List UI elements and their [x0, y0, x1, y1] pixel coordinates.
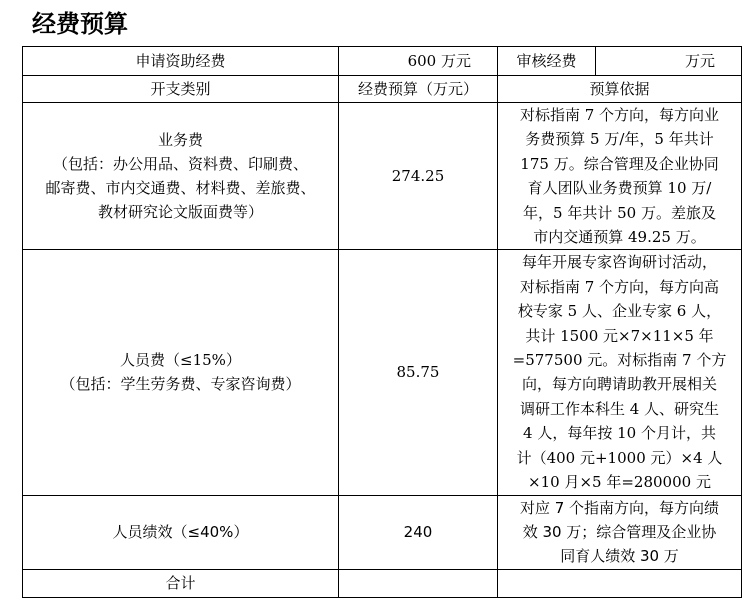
basis-line: 调研工作本科生 4 人、研究生: [504, 397, 735, 421]
basis-line: 4 人，每年按 10 个月计，共: [504, 421, 735, 445]
category-line: 教材研究论文版面费等）: [27, 200, 334, 224]
requested-funds-value: 600 万元: [339, 47, 498, 76]
requested-funds-label: 申请资助经费: [23, 47, 339, 76]
category-line: 邮寄费、市内交通费、材料费、差旅费、: [27, 176, 334, 200]
basis-line: 对标指南 7 个方向，每方向业: [504, 103, 735, 127]
basis-line: 对应 7 个指南方向，每方向绩: [504, 496, 735, 520]
table-row-total: 合计: [23, 569, 742, 597]
category-line: （包括：办公用品、资料费、印刷费、: [27, 152, 334, 176]
budget-cell: 274.25: [339, 103, 498, 250]
column-header-budget: 经费预算（万元）: [339, 76, 498, 103]
table-row-performance-pay: 人员绩效（≤40%） 240 对应 7 个指南方向，每方向绩 效 30 万；综合…: [23, 495, 742, 569]
basis-line: 市内交通预算 49.25 万。: [504, 225, 735, 249]
basis-line: 175 万。综合管理及企业协同: [504, 152, 735, 176]
requested-funds-row: 申请资助经费 600 万元 审核经费 万元: [23, 47, 742, 76]
basis-line: 对标指南 7 个方向，每方向高: [504, 275, 735, 299]
basis-cell: 每年开展专家咨询研讨活动， 对标指南 7 个方向，每方向高 校专家 5 人、企业…: [498, 250, 742, 495]
table-row-business-expenses: 业务费 （包括：办公用品、资料费、印刷费、 邮寄费、市内交通费、材料费、差旅费、…: [23, 103, 742, 250]
basis-line: 校专家 5 人、企业专家 6 人，: [504, 299, 735, 323]
category-line: 人员费（≤15%）: [27, 348, 334, 372]
category-line: 业务费: [27, 128, 334, 152]
category-cell: 人员费（≤15%） （包括：学生劳务费、专家咨询费）: [23, 250, 339, 495]
category-line: （包括：学生劳务费、专家咨询费）: [27, 372, 334, 396]
category-cell: 合计: [23, 569, 339, 597]
basis-line: 计（400 元+1000 元）×4 人: [504, 446, 735, 470]
approved-funds-label: 审核经费: [498, 47, 596, 76]
basis-line: 育人团队业务费预算 10 万/: [504, 176, 735, 200]
budget-cell: 240: [339, 495, 498, 569]
basis-cell: 对应 7 个指南方向，每方向绩 效 30 万；综合管理及企业协 同育人绩效 30…: [498, 495, 742, 569]
basis-line: 年，5 年共计 50 万。差旅及: [504, 201, 735, 225]
column-header-row: 开支类别 经费预算（万元） 预算依据: [23, 76, 742, 103]
column-header-category: 开支类别: [23, 76, 339, 103]
basis-cell: 对标指南 7 个方向，每方向业 务费预算 5 万/年，5 年共计 175 万。综…: [498, 103, 742, 250]
basis-line: ×10 月×5 年=280000 元: [504, 470, 735, 494]
basis-cell: [498, 569, 742, 597]
basis-line: 务费预算 5 万/年，5 年共计: [504, 127, 735, 151]
basis-line: 同育人绩效 30 万: [504, 544, 735, 568]
budget-cell: 85.75: [339, 250, 498, 495]
section-title: 经费预算: [32, 8, 128, 40]
column-header-basis: 预算依据: [498, 76, 742, 103]
category-cell: 业务费 （包括：办公用品、资料费、印刷费、 邮寄费、市内交通费、材料费、差旅费、…: [23, 103, 339, 250]
approved-funds-value: 万元: [596, 47, 742, 76]
basis-line: 每年开展专家咨询研讨活动，: [504, 250, 735, 274]
table-row-personnel-expenses: 人员费（≤15%） （包括：学生劳务费、专家咨询费） 85.75 每年开展专家咨…: [23, 250, 742, 495]
budget-table: 申请资助经费 600 万元 审核经费 万元 开支类别 经费预算（万元） 预算依据…: [22, 46, 742, 598]
category-cell: 人员绩效（≤40%）: [23, 495, 339, 569]
category-line: 人员绩效（≤40%）: [27, 520, 334, 544]
budget-cell: [339, 569, 498, 597]
basis-line: 共计 1500 元×7×11×5 年: [504, 324, 735, 348]
basis-line: 效 30 万；综合管理及企业协: [504, 520, 735, 544]
basis-line: 向，每方向聘请助教开展相关: [504, 372, 735, 396]
basis-line: =577500 元。对标指南 7 个方: [504, 348, 735, 372]
category-line: 合计: [27, 571, 334, 595]
